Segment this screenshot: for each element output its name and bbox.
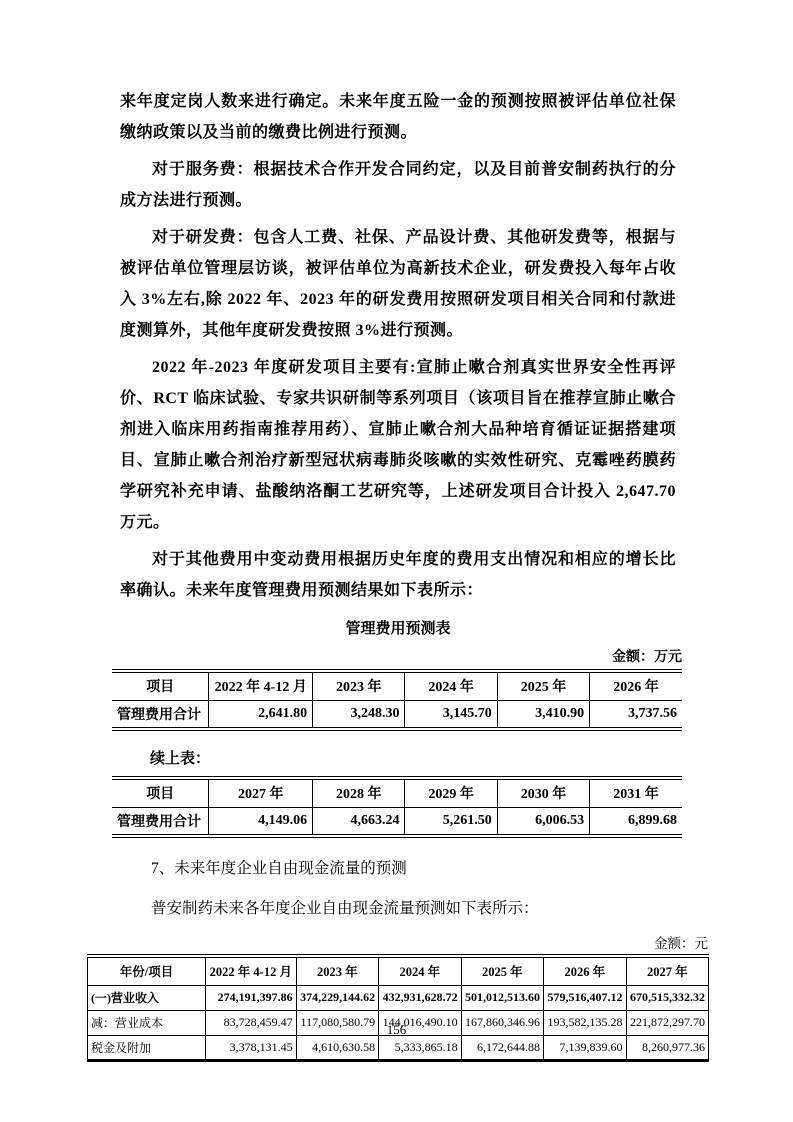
header-cell: 项目	[112, 778, 209, 807]
paragraph: 来年度定岗人数来进行确定。未来年度五险一金的预测按照被评估单位社保缴纳政策以及当…	[120, 86, 676, 148]
value-cell: 3,248.30	[313, 700, 405, 729]
free-cash-flow-table: 年份/项目 2022 年 4-12 月 2023 年 2024 年 2025 年…	[87, 954, 709, 1062]
header-cell: 2023 年	[313, 671, 405, 700]
header-cell: 2022 年 4-12 月	[209, 671, 313, 700]
value-cell: 374,229,144.62	[296, 985, 378, 1010]
header-cell: 2022 年 4-12 月	[205, 956, 296, 985]
header-cell: 2027 年	[209, 778, 313, 807]
management-expense-table-continued: 项目 2027 年 2028 年 2029 年 2030 年 2031 年 管理…	[112, 776, 682, 838]
row-label-cell: 管理费用合计	[112, 807, 209, 836]
table-row: 管理费用合计 2,641.80 3,248.30 3,145.70 3,410.…	[112, 700, 682, 729]
value-cell: 6,899.68	[590, 807, 682, 836]
value-cell: 501,012,513.60	[461, 985, 543, 1010]
header-cell: 2027 年	[626, 956, 708, 985]
section-heading: 7、未来年度企业自由现金流量的预测	[120, 854, 676, 884]
header-cell: 2025 年	[497, 671, 589, 700]
value-cell: 3,145.70	[405, 700, 497, 729]
table-header-row: 年份/项目 2022 年 4-12 月 2023 年 2024 年 2025 年…	[88, 956, 709, 985]
paragraph: 对于研发费：包含人工费、社保、产品设计费、其他研发费等，根据与被评估单位管理层访…	[120, 222, 676, 346]
value-cell: 2,641.80	[209, 700, 313, 729]
value-cell: 5,261.50	[405, 807, 497, 836]
table-header-row: 项目 2027 年 2028 年 2029 年 2030 年 2031 年	[112, 778, 682, 807]
header-cell: 2024 年	[379, 956, 461, 985]
table-row: 管理费用合计 4,149.06 4,663.24 5,261.50 6,006.…	[112, 807, 682, 836]
row-label-cell: 管理费用合计	[112, 700, 209, 729]
value-cell: 7,139,839.60	[544, 1035, 626, 1060]
paragraph: 2022 年-2023 年度研发项目主要有:宣肺止嗽合剂真实世界安全性再评价、R…	[120, 352, 676, 538]
page-number: 156	[0, 1022, 793, 1038]
value-cell: 274,191,397.86	[205, 985, 296, 1010]
header-cell: 2030 年	[497, 778, 589, 807]
header-cell: 2025 年	[461, 956, 543, 985]
value-cell: 6,006.53	[497, 807, 589, 836]
header-cell: 2023 年	[296, 956, 378, 985]
section-intro: 普安制药未来各年度企业自由现金流量预测如下表所示：	[120, 894, 676, 924]
header-cell: 2024 年	[405, 671, 497, 700]
header-cell: 年份/项目	[88, 956, 206, 985]
table-header-row: 项目 2022 年 4-12 月 2023 年 2024 年 2025 年 20…	[112, 671, 682, 700]
paragraph: 对于其他费用中变动费用根据历史年度的费用支出情况和相应的增长比率确认。未来年度管…	[120, 544, 676, 606]
value-cell: 3,378,131.45	[205, 1035, 296, 1060]
value-cell: 579,516,407.12	[544, 985, 626, 1010]
value-cell: 6,172,644.88	[461, 1035, 543, 1060]
value-cell: 4,663.24	[313, 807, 405, 836]
mgmt-table-title: 管理费用预测表	[120, 617, 676, 638]
value-cell: 8,260,977.36	[626, 1035, 708, 1060]
table-row: (一)营业收入 274,191,397.86 374,229,144.62 43…	[88, 985, 709, 1010]
value-cell: 432,931,628.72	[379, 985, 461, 1010]
value-cell: 3,737.56	[590, 700, 682, 729]
header-cell: 2026 年	[544, 956, 626, 985]
header-cell: 项目	[112, 671, 209, 700]
value-cell: 4,610,630.58	[296, 1035, 378, 1060]
table-row: 税金及附加 3,378,131.45 4,610,630.58 5,333,86…	[88, 1035, 709, 1060]
header-cell: 2031 年	[590, 778, 682, 807]
header-cell: 2028 年	[313, 778, 405, 807]
page-content: 来年度定岗人数来进行确定。未来年度五险一金的预测按照被评估单位社保缴纳政策以及当…	[120, 86, 676, 1062]
cash-table-unit: 金额：元	[120, 932, 708, 952]
paragraph: 对于服务费：根据技术合作开发合同约定，以及目前普安制药执行的分成方法进行预测。	[120, 154, 676, 216]
value-cell: 4,149.06	[209, 807, 313, 836]
value-cell: 670,515,332.32	[626, 985, 708, 1010]
row-label-cell: 税金及附加	[88, 1035, 206, 1060]
header-cell: 2026 年	[590, 671, 682, 700]
document-page: 来年度定岗人数来进行确定。未来年度五险一金的预测按照被评估单位社保缴纳政策以及当…	[0, 0, 793, 1122]
row-label-cell: (一)营业收入	[88, 985, 206, 1010]
mgmt-table-unit: 金额：万元	[120, 646, 682, 666]
header-cell: 2029 年	[405, 778, 497, 807]
value-cell: 3,410.90	[497, 700, 589, 729]
continued-table-label: 续上表：	[120, 747, 676, 768]
management-expense-table: 项目 2022 年 4-12 月 2023 年 2024 年 2025 年 20…	[112, 669, 682, 731]
value-cell: 5,333,865.18	[379, 1035, 461, 1060]
